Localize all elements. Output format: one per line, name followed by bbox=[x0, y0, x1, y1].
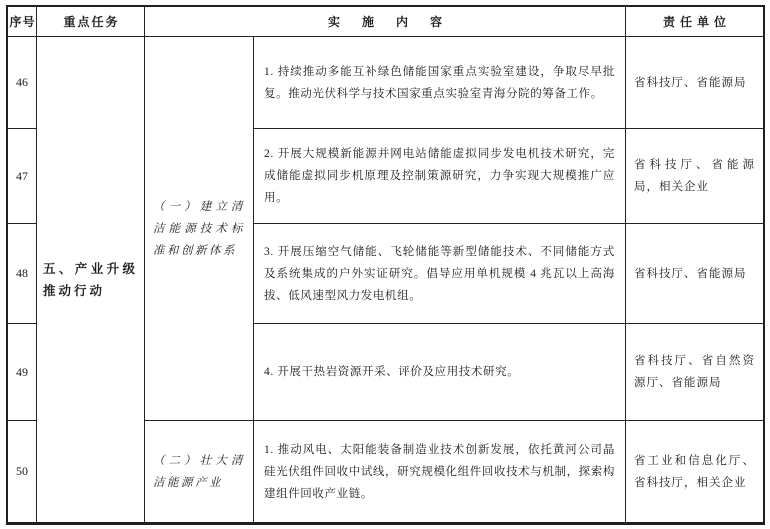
key-tasks-table: 序号 重点任务 实施内容 责任单位 五、产业升级推动行动 （一）建立清洁能源技术… bbox=[6, 5, 765, 525]
content-cell-48: 3. 开展压缩空气储能、飞轮储能等新型储能技术、不同储能方式及系统集成的户外实证… bbox=[254, 224, 626, 324]
task-group-label: 五、产业升级推动行动 bbox=[43, 258, 138, 302]
col-header-content: 实施内容 bbox=[145, 7, 626, 37]
content-49-text: 4. 开展干热岩资源开采、评价及应用技术研究。 bbox=[264, 361, 615, 383]
row-index-49: 49 bbox=[8, 324, 37, 421]
content-48-text: 3. 开展压缩空气储能、飞轮储能等新型储能技术、不同储能方式及系统集成的户外实证… bbox=[264, 241, 615, 307]
row-index-46-value: 46 bbox=[16, 75, 28, 90]
content-50-text: 1. 推动风电、太阳能装备制造业技术创新发展，依托黄河公司晶硅光伏组件回收中试线… bbox=[264, 439, 615, 505]
row-index-46: 46 bbox=[8, 37, 37, 129]
subcategory-cell-2: （二）壮大清洁能源产业 bbox=[145, 421, 254, 522]
task-group-cell: 五、产业升级推动行动 bbox=[37, 37, 145, 522]
content-46-text: 1. 持续推动多能互补绿色储能国家重点实验室建设，争取尽早批复。推动光伏科学与技… bbox=[264, 61, 615, 105]
unit-cell-50: 省工业和信息化厅、省科技厅，相关企业 bbox=[626, 421, 763, 522]
col-header-task: 重点任务 bbox=[37, 7, 145, 37]
content-cell-50: 1. 推动风电、太阳能装备制造业技术创新发展，依托黄河公司晶硅光伏组件回收中试线… bbox=[254, 421, 626, 522]
unit-cell-47: 省科技厅、省能源局，相关企业 bbox=[626, 129, 763, 224]
unit-50-text: 省工业和信息化厅、省科技厅，相关企业 bbox=[634, 450, 755, 494]
row-index-47-value: 47 bbox=[16, 169, 28, 184]
row-index-48-value: 48 bbox=[16, 266, 28, 281]
content-47-text: 2. 开展大规模新能源并网电站储能虚拟同步发电机技术研究，完成储能虚拟同步机原理… bbox=[264, 143, 615, 209]
row-index-47: 47 bbox=[8, 129, 37, 224]
col-header-index: 序号 bbox=[8, 7, 37, 37]
col-header-task-label: 重点任务 bbox=[63, 13, 119, 30]
scanned-document-page: 序号 重点任务 实施内容 责任单位 五、产业升级推动行动 （一）建立清洁能源技术… bbox=[0, 0, 770, 529]
col-header-unit: 责任单位 bbox=[626, 7, 763, 37]
unit-48-text: 省科技厅、省能源局 bbox=[634, 263, 755, 285]
content-cell-47: 2. 开展大规模新能源并网电站储能虚拟同步发电机技术研究，完成储能虚拟同步机原理… bbox=[254, 129, 626, 224]
unit-cell-49: 省科技厅、省自然资源厅、省能源局 bbox=[626, 324, 763, 421]
col-header-index-label: 序号 bbox=[9, 13, 35, 30]
unit-47-text: 省科技厅、省能源局，相关企业 bbox=[634, 154, 755, 198]
unit-cell-48: 省科技厅、省能源局 bbox=[626, 224, 763, 324]
row-index-48: 48 bbox=[8, 224, 37, 324]
subcategory-2-label: （二）壮大清洁能源产业 bbox=[153, 450, 245, 494]
content-cell-46: 1. 持续推动多能互补绿色储能国家重点实验室建设，争取尽早批复。推动光伏科学与技… bbox=[254, 37, 626, 129]
subcategory-1-label: （一）建立清洁能源技术标准和创新体系 bbox=[153, 196, 245, 262]
col-header-content-label: 实施内容 bbox=[328, 13, 464, 30]
col-header-unit-label: 责任单位 bbox=[663, 13, 731, 30]
unit-46-text: 省科技厅、省能源局 bbox=[634, 72, 755, 94]
content-cell-49: 4. 开展干热岩资源开采、评价及应用技术研究。 bbox=[254, 324, 626, 421]
unit-49-text: 省科技厅、省自然资源厅、省能源局 bbox=[634, 350, 755, 394]
subcategory-cell-1: （一）建立清洁能源技术标准和创新体系 bbox=[145, 37, 254, 421]
row-index-49-value: 49 bbox=[16, 365, 28, 380]
row-index-50: 50 bbox=[8, 421, 37, 522]
unit-cell-46: 省科技厅、省能源局 bbox=[626, 37, 763, 129]
row-index-50-value: 50 bbox=[16, 464, 28, 479]
